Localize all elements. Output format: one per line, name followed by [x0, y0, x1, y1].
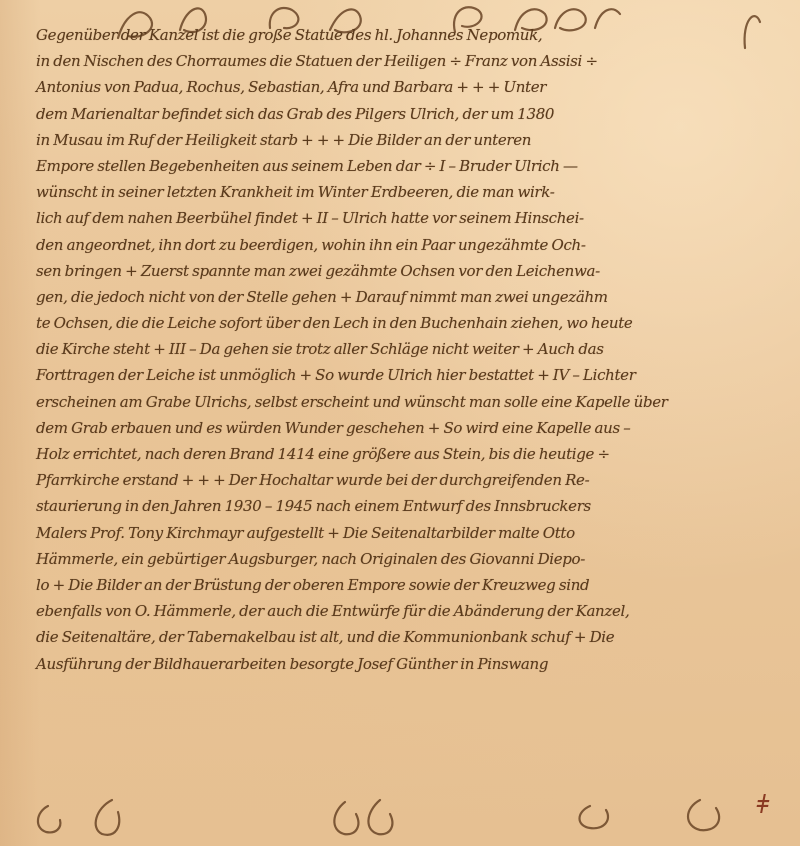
text-line: Malers Prof. Tony Kirchmayr aufgestellt … [36, 520, 788, 546]
calligraphy-document: Gegenüber der Kanzel ist die große Statu… [0, 0, 800, 846]
text-line: Holz errichtet, nach deren Brand 1414 ei… [36, 441, 788, 467]
text-line: Forttragen der Leiche ist unmöglich + So… [36, 362, 788, 388]
text-line: gen, die jedoch nicht von der Stelle geh… [36, 284, 788, 310]
paper-edge-shadow [0, 0, 40, 846]
text-line: sen bringen + Zuerst spannte man zwei ge… [36, 258, 788, 284]
text-line: in den Nischen des Chorraumes die Statue… [36, 48, 788, 74]
text-line: Antonius von Padua, Rochus, Sebastian, A… [36, 74, 788, 100]
text-line: die Seitenaltäre, der Tabernakelbau ist … [36, 624, 788, 650]
text-line: lich auf dem nahen Beerbühel findet + II… [36, 205, 788, 231]
text-line: staurierung in den Jahren 1930 – 1945 na… [36, 493, 788, 519]
text-line: Hämmerle, ein gebürtiger Augsburger, nac… [36, 546, 788, 572]
closing-mark-icon: ǂ [757, 790, 769, 820]
text-line: dem Marienaltar befindet sich das Grab d… [36, 101, 788, 127]
text-line: Gegenüber der Kanzel ist die große Statu… [36, 22, 788, 48]
text-line: Ausführung der Bildhauerarbeiten besorgt… [36, 651, 788, 677]
text-line: Empore stellen Begebenheiten aus seinem … [36, 153, 788, 179]
document-text: Gegenüber der Kanzel ist die große Statu… [36, 10, 796, 677]
text-line: erscheinen am Grabe Ulrichs, selbst ersc… [36, 389, 788, 415]
text-line: Pfarrkirche erstand + + + Der Hochaltar … [36, 467, 788, 493]
text-line: wünscht in seiner letzten Krankheit im W… [36, 179, 788, 205]
text-line: den angeordnet, ihn dort zu beerdigen, w… [36, 232, 788, 258]
text-line: lo + Die Bilder an der Brüstung der ober… [36, 572, 788, 598]
text-line: te Ochsen, die die Leiche sofort über de… [36, 310, 788, 336]
text-line: dem Grab erbauen und es würden Wunder ge… [36, 415, 788, 441]
text-line: ebenfalls von O. Hämmerle, der auch die … [36, 598, 788, 624]
text-line: die Kirche steht + III – Da gehen sie tr… [36, 336, 788, 362]
text-line: in Musau im Ruf der Heiligkeit starb + +… [36, 127, 788, 153]
